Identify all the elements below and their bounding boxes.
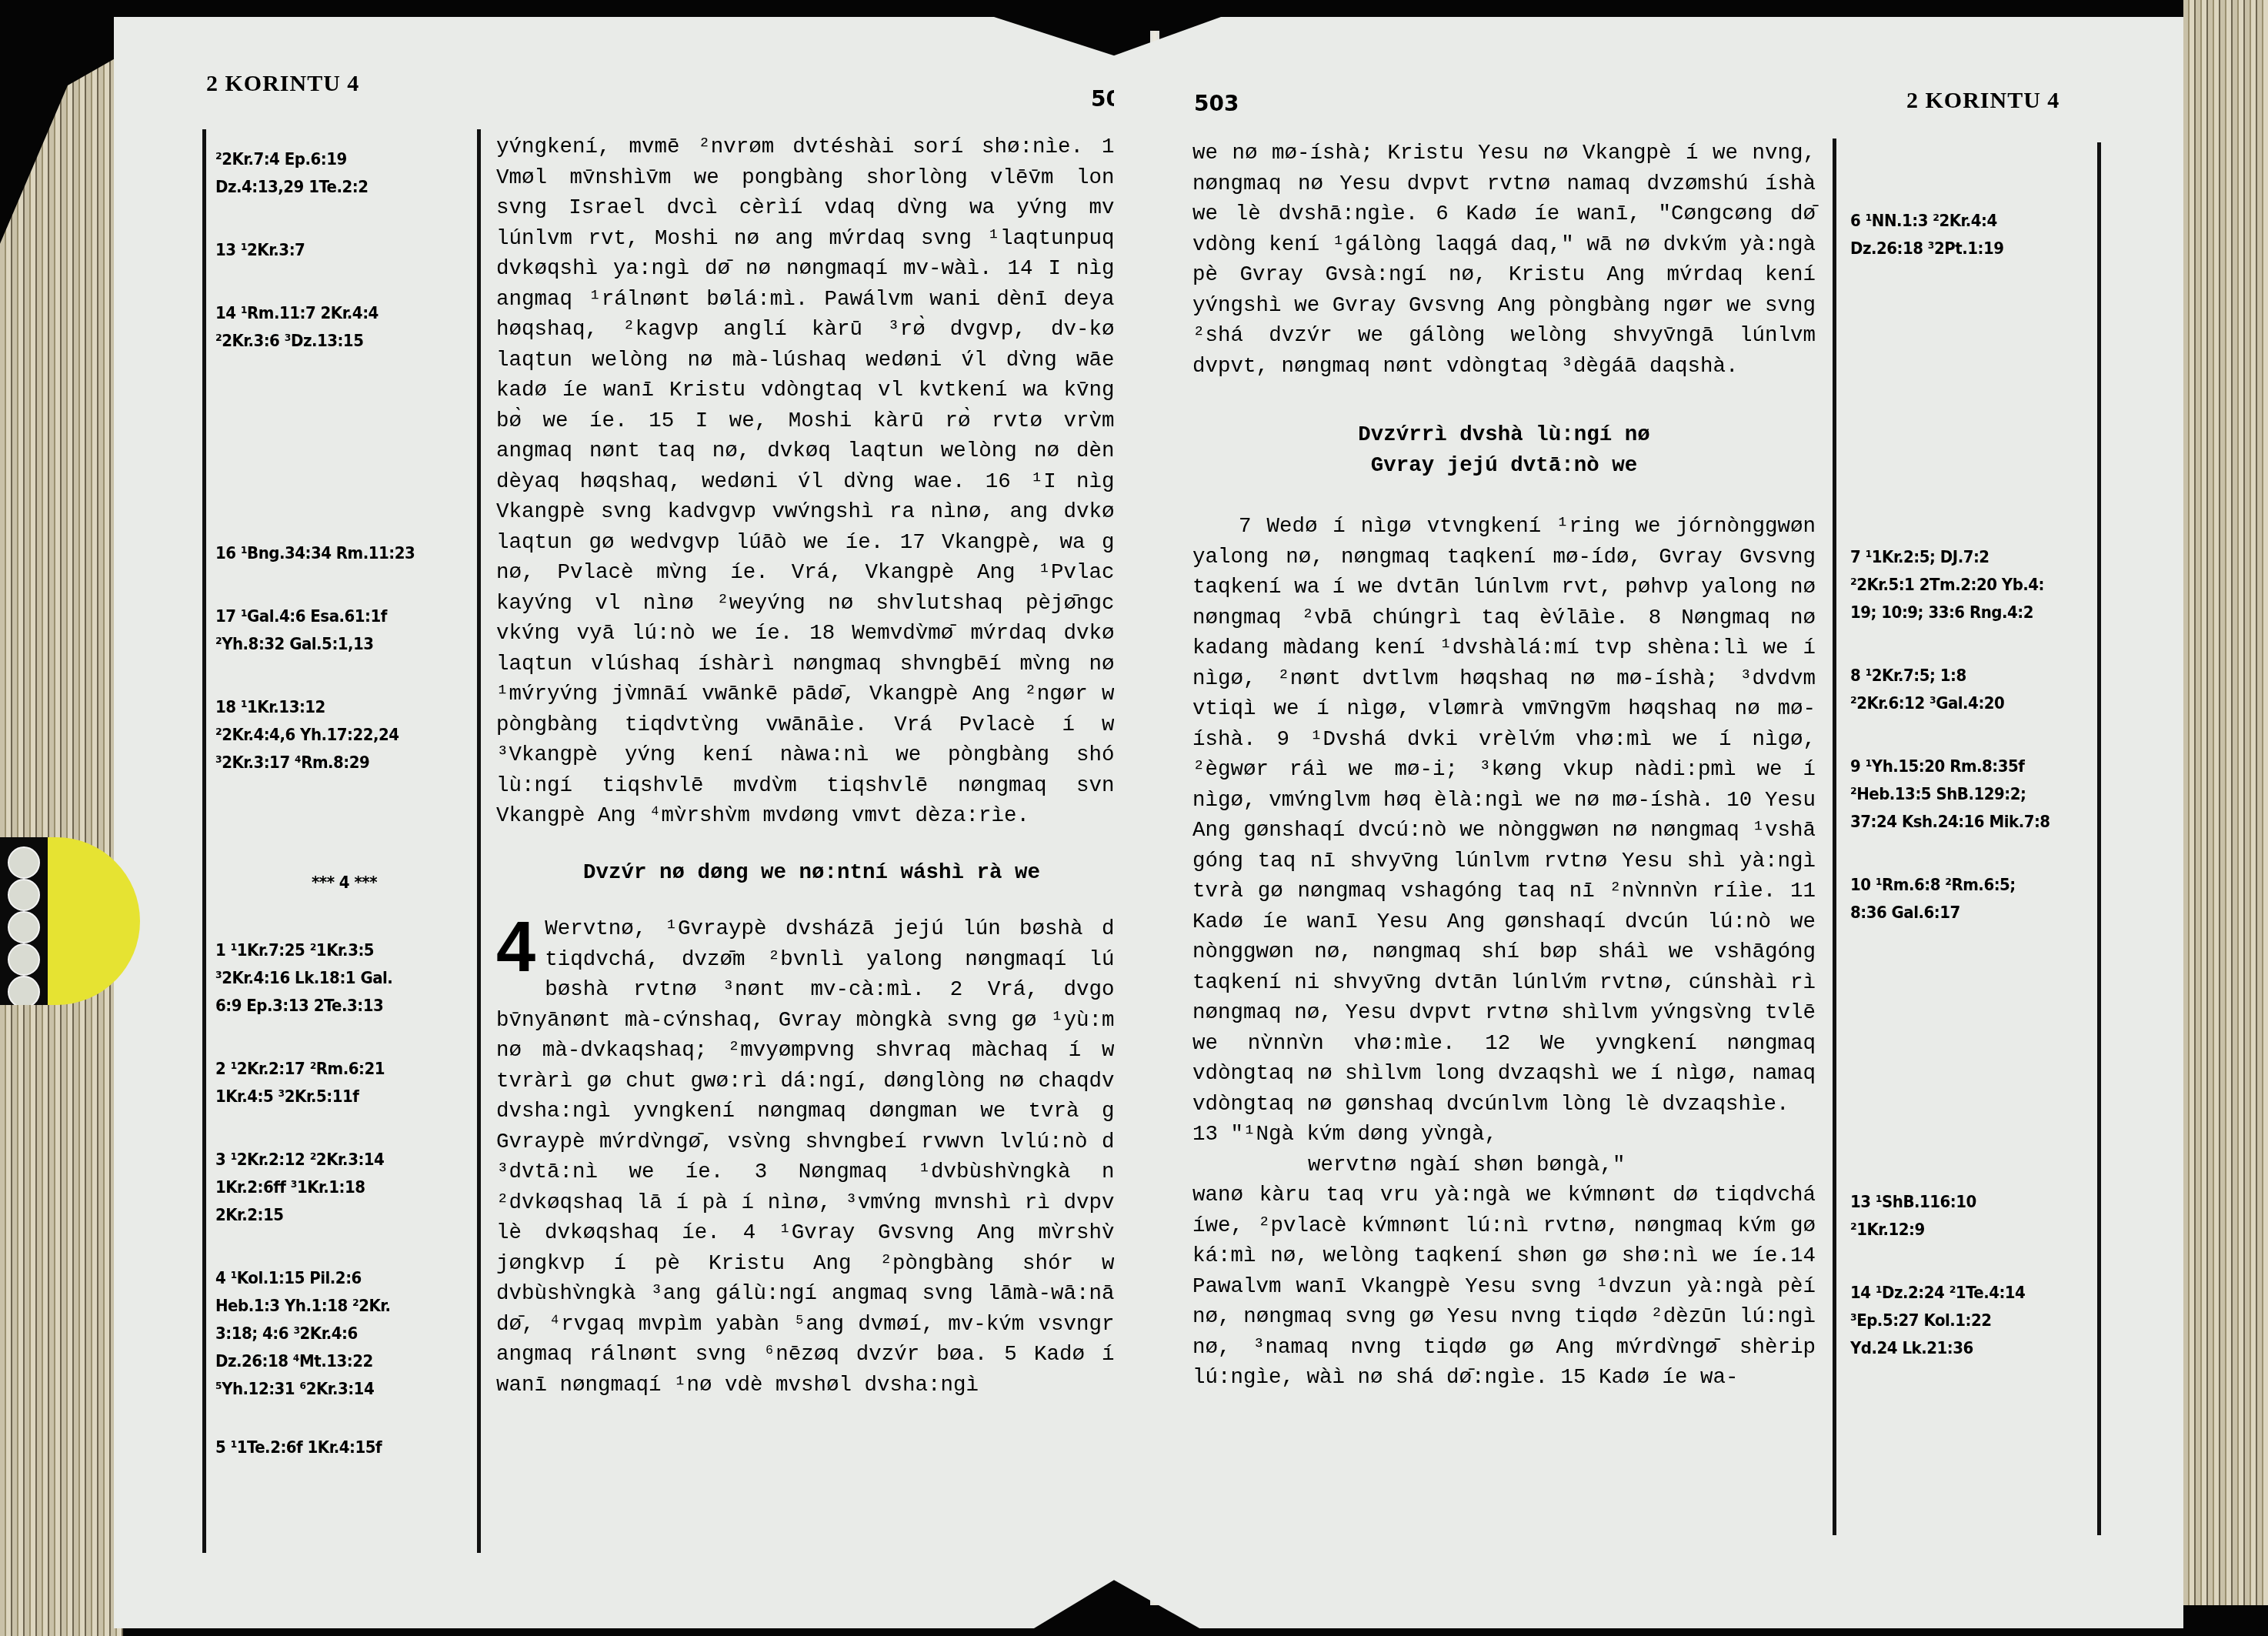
ref-group: 8 ¹2Kr.7:5; 1:8 ²2Kr.6:12 ³Gal.4:20: [1850, 663, 2096, 718]
body-paragraph: we nø mø-íshà; Kristu Yesu nø Vkangpè í …: [1192, 139, 1816, 382]
dot-icon: [8, 976, 40, 1005]
left-running-head: 2 KORINTU 4: [206, 71, 359, 97]
poem-line: 13 "¹Ngà kv́m døng yv̀ngà,: [1192, 1120, 1816, 1150]
bookmark-dots: [0, 837, 48, 1005]
ref-group: 17 ¹Gal.4:6 Esa.61:1f ²Yh.8:32 Gal.5:1,1…: [215, 603, 473, 659]
right-main-text: we nø mø-íshà; Kristu Yesu nø Vkangpè í …: [1192, 139, 1816, 1394]
ref-group: 13 ¹ShB.116:10 ²1Kr.12:9: [1850, 1189, 2096, 1244]
ref-group: 4 ¹Kol.1:15 Pil.2:6 Heb.1:3 Yh.1:18 ²2Kr…: [215, 1265, 473, 1404]
section-heading-line: Dvzv́rrì dvshà lù:ngí nø: [1192, 420, 1816, 451]
chapter-marker: *** 4 ***: [215, 870, 473, 897]
ref-group: 5 ¹1Te.2:6f 1Kr.4:15f: [215, 1434, 473, 1462]
ref-group: 2 ¹2Kr.2:17 ²Rm.6:21 1Kr.4:5 ³2Kr.5:11f: [215, 1056, 473, 1111]
ref-group: 1 ¹1Kr.7:25 ²1Kr.3:5 ³2Kr.4:16 Lk.18:1 G…: [215, 937, 473, 1020]
ref-group: 13 ¹2Kr.3:7: [215, 237, 473, 265]
dot-icon: [8, 879, 40, 911]
right-ref-rule-outer: [2097, 142, 2101, 1535]
poem-line: wervtnø ngàí shøn bøngà,": [1192, 1150, 1816, 1181]
dot-icon: [8, 943, 40, 976]
right-cross-references: 6 ¹NN.1:3 ²2Kr.4:4 Dz.26:18 ³2Pt.1:19 7 …: [1850, 208, 2096, 1398]
left-cross-references: ²2Kr.7:4 Ep.6:19 Dz.4:13,29 1Te.2:2 13 ¹…: [215, 146, 473, 1497]
left-ref-rule-outer: [202, 129, 206, 1553]
ref-group: 7 ¹1Kr.2:5; DJ.7:2 ²2Kr.5:1 2Tm.2:20 Yb.…: [1850, 544, 2096, 627]
ref-group: 9 ¹Yh.15:20 Rm.8:35f ²Heb.13:5 ShB.129:2…: [1850, 753, 2096, 836]
ref-group: 16 ¹Bng.34:34 Rm.11:23: [215, 540, 473, 568]
chapter-text: Wervtnø, ¹Gvraypè dvsházā jejú lún bøshà…: [496, 917, 1127, 1397]
ref-group: 3 ¹2Kr.2:12 ²2Kr.3:14 1Kr.2:6ff ³1Kr.1:1…: [215, 1147, 473, 1230]
section-heading: Dvzv́rrì dvshà lù:ngí nø Gvray jejú dvtā…: [1192, 420, 1816, 481]
body-paragraph: wanø kàru taq vru yà:ngà we kv́mnønt dø …: [1192, 1180, 1816, 1394]
ref-group: ²2Kr.7:4 Ep.6:19 Dz.4:13,29 1Te.2:2: [215, 146, 473, 202]
chapter-drop-cap: 4: [496, 917, 535, 977]
dot-icon: [8, 911, 40, 943]
ref-group: 18 ¹1Kr.13:12 ²2Kr.4:4,6 Yh.17:22,24 ³2K…: [215, 694, 473, 777]
page-block-right-edge: [2183, 0, 2268, 1605]
right-ref-rule-inner: [1833, 139, 1836, 1535]
body-paragraph: 4 Wervtnø, ¹Gvraypè dvsházā jejú lún bøs…: [496, 914, 1127, 1401]
left-ref-rule-inner: [477, 129, 481, 1553]
ref-group: 14 ¹Dz.2:24 ²1Te.4:14 ³Ep.5:27 Kol.1:22 …: [1850, 1280, 2096, 1363]
body-paragraph: yv́ngkení, mvmē ²nvrøm dvtéshài sorí shø…: [496, 132, 1127, 832]
left-main-text: yv́ngkení, mvmē ²nvrøm dvtéshài sorí shø…: [496, 132, 1127, 1401]
ref-group: 14 ¹Rm.11:7 2Kr.4:4 ²2Kr.3:6 ³Dz.13:15: [215, 300, 473, 356]
body-paragraph: 7 Wedø í nìgø vtvngkení ¹ring we jórnòng…: [1192, 512, 1816, 1120]
section-heading-line: Gvray jejú dvtā:nò we: [1192, 451, 1816, 482]
section-heading: Dvzv́r nø døng we nø:ntní wáshì rà we: [496, 858, 1127, 889]
ref-group: 6 ¹NN.1:3 ²2Kr.4:4 Dz.26:18 ³2Pt.1:19: [1850, 208, 2096, 263]
ref-group: 10 ¹Rm.6:8 ²Rm.6:5; 8:36 Gal.6:17: [1850, 872, 2096, 927]
dot-icon: [8, 846, 40, 879]
right-page-number: 503: [1194, 91, 1239, 116]
right-running-head: 2 KORINTU 4: [1906, 88, 2060, 114]
